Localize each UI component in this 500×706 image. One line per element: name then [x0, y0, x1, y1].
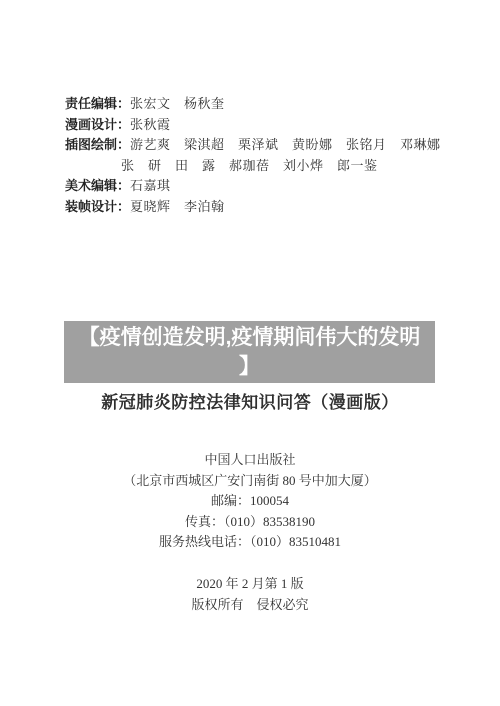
credit-names: 石嘉琪	[130, 176, 171, 197]
credits-section: 责任编辑： 张宏文 杨秋奎 漫画设计： 张秋霞 插图绘制： 游艺爽 梁淇超 栗泽…	[65, 94, 441, 217]
credit-names: 张秋霞	[130, 115, 171, 136]
edition-copyright-block: 2020 年 2 月第 1 版 版权所有 侵权必究	[0, 574, 500, 615]
credit-label: 漫画设计：	[65, 115, 130, 136]
publisher-name: 中国人口出版社	[0, 450, 500, 471]
promo-banner-text-line1: 【疫情创造发明,疫情期间伟大的发明	[64, 323, 435, 352]
promo-banner-text-line2: 】	[64, 352, 435, 381]
credit-row-art-editor: 美术编辑： 石嘉琪	[65, 176, 441, 197]
credit-row-comic-design: 漫画设计： 张秋霞	[65, 115, 441, 136]
copyright-page: 责任编辑： 张宏文 杨秋奎 漫画设计： 张秋霞 插图绘制： 游艺爽 梁淇超 栗泽…	[0, 0, 500, 706]
credit-names: 张宏文 杨秋奎	[130, 94, 225, 115]
credit-label	[65, 156, 121, 177]
publisher-hotline: 服务热线电话：（010）83510481	[0, 532, 500, 553]
publisher-postcode: 邮编：100054	[0, 491, 500, 512]
credit-label: 责任编辑：	[65, 94, 130, 115]
credit-label: 装帧设计：	[65, 197, 130, 218]
publisher-address: （北京市西城区广安门南街 80 号中加大厦）	[0, 471, 500, 492]
publisher-info: 中国人口出版社 （北京市西城区广安门南街 80 号中加大厦） 邮编：100054…	[0, 450, 500, 553]
credit-names: 夏晓辉 李泊翰	[130, 197, 225, 218]
edition-info: 2020 年 2 月第 1 版	[0, 574, 500, 595]
credit-names: 张 研 田 露 郝珈蓓 刘小烨 郎一鉴	[121, 156, 378, 177]
credit-row-illustrators-1: 插图绘制： 游艺爽 梁淇超 栗泽斌 黄盼娜 张铭月 邓琳娜	[65, 135, 441, 156]
credit-label: 插图绘制：	[65, 135, 130, 156]
credit-names: 游艺爽 梁淇超 栗泽斌 黄盼娜 张铭月 邓琳娜	[130, 135, 441, 156]
promo-banner: 【疫情创造发明,疫情期间伟大的发明 】	[64, 321, 435, 383]
credit-label: 美术编辑：	[65, 176, 130, 197]
publisher-fax: 传真：（010）83538190	[0, 512, 500, 533]
credit-row-illustrators-2: 张 研 田 露 郝珈蓓 刘小烨 郎一鉴	[65, 156, 441, 177]
credit-row-responsible-editor: 责任编辑： 张宏文 杨秋奎	[65, 94, 441, 115]
book-title: 新冠肺炎防控法律知识问答（漫画版）	[0, 388, 500, 413]
copyright-notice: 版权所有 侵权必究	[0, 595, 500, 616]
credit-row-binding-design: 装帧设计： 夏晓辉 李泊翰	[65, 197, 441, 218]
